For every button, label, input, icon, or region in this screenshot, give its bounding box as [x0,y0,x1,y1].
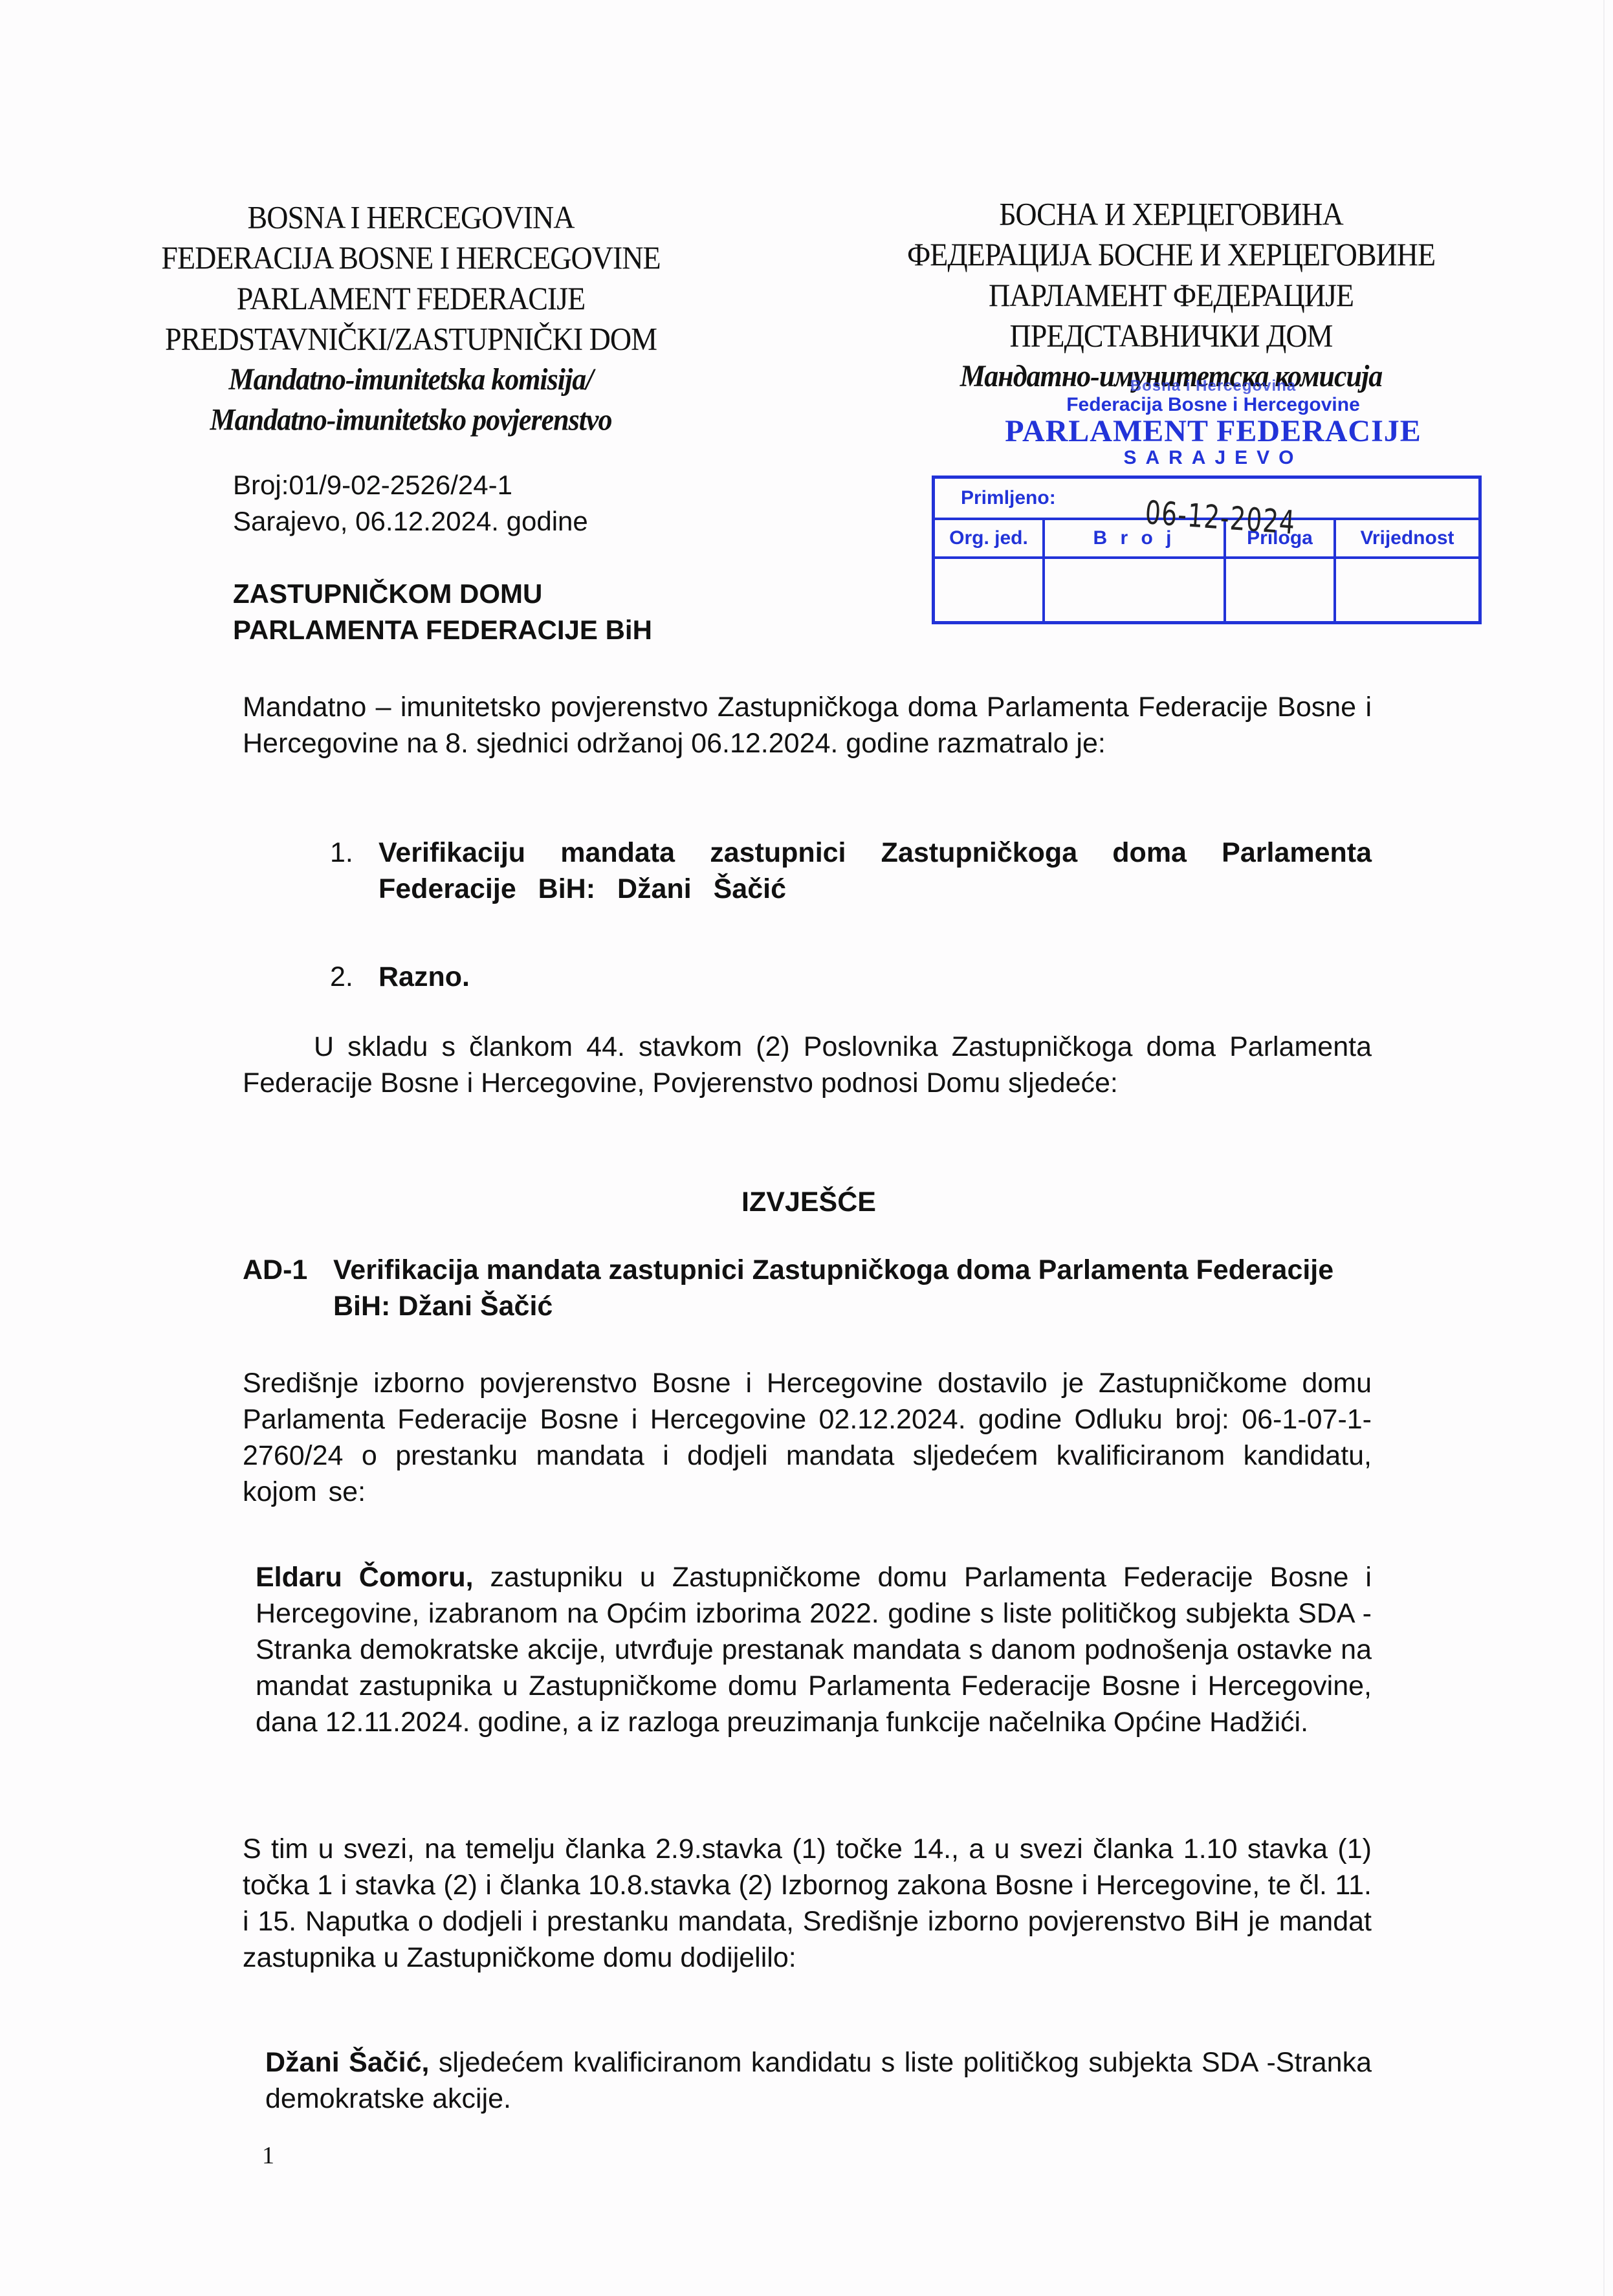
header-line: FEDERACIJA BOSNE I HERCEGOVINE [104,238,718,279]
stamp-header: Bosna i Hercegovina Federacija Bosne i H… [932,378,1495,468]
skladu-paragraph: U skladu s člankom 44. stavkom (2) Poslo… [243,1029,1372,1101]
eldaru-paragraph: Eldaru Čomoru, zastupniku u Zastupničkom… [256,1559,1372,1740]
ad1-heading: AD-1 Verifikacija mandata zastupnici Zas… [243,1252,1372,1324]
sredisnje-paragraph: Središnje izborno povjerenstvo Bosne i H… [243,1365,1372,1510]
stamp-col-org: Org. jed. [934,519,1044,558]
committee-name: Mandatno-imunitetsko povjerenstvo [104,400,718,441]
header-line: PREDSTAVNIČKI/ZASTUPNIČKI DOM [104,319,718,360]
agenda-text: Razno. [379,959,1372,995]
person-name: Džani Šačić, [265,2047,429,2078]
addressee-line: PARLAMENTA FEDERACIJE BiH [233,612,652,648]
committee-name: Mandatno-imunitetska komisija/ [104,360,718,400]
stamp-cell [934,558,1044,623]
page-number: 1 [262,2141,274,2170]
paragraph-text: sljedećem kvalificiranom kandidatu s lis… [265,2047,1372,2114]
document-number: Broj:01/9-02-2526/24-1 [233,467,588,503]
agenda-item: 1. Verifikaciju mandata zastupnici Zastu… [330,835,1372,907]
reference-block: Broj:01/9-02-2526/24-1 Sarajevo, 06.12.2… [233,467,588,540]
header-line: ПРЕДСТАВНИЧКИ ДОМ [835,316,1508,356]
dzani-paragraph: Džani Šačić, sljedećem kvalificiranom ka… [265,2044,1372,2117]
stamp-cell [1225,558,1335,623]
header-line: ФЕДЕРАЦИЈА БОСНЕ И ХЕРЦЕГОВИНЕ [835,235,1508,276]
header-line: BOSNA I HERCEGOVINA [104,197,718,238]
header-cyrillic: БОСНА И ХЕРЦЕГОВИНА ФЕДЕРАЦИЈА БОСНЕ И Х… [835,194,1508,397]
header-latin: BOSNA I HERCEGOVINA FEDERACIJA BOSNE I H… [104,197,718,441]
stamp-line: PARLAMENT FEDERACIJE [932,416,1495,447]
agenda-number: 1. [330,835,379,907]
addressee-line: ZASTUPNIČKOM DOMU [233,576,652,612]
place-date: Sarajevo, 06.12.2024. godine [233,503,588,540]
stamp-cell [1335,558,1480,623]
page-edge [1603,0,1605,2296]
agenda-text: Verifikaciju mandata zastupnici Zastupni… [379,835,1372,907]
header-line: ПАРЛАМЕНТ ФЕДЕРАЦИЈЕ [835,275,1508,316]
agenda-number: 2. [330,959,379,995]
ad1-title: Verifikacija mandata zastupnici Zastupni… [333,1252,1372,1324]
stim-paragraph: S tim u svezi, na temelju članka 2.9.sta… [243,1831,1372,1976]
person-name: Eldaru Čomoru, [256,1562,474,1593]
stamp-line: Federacija Bosne i Hercegovine [932,395,1495,415]
agenda-item: 2. Razno. [330,959,1372,995]
stamp-line: Bosna i Hercegovina [932,378,1495,394]
header-line: PARLAMENT FEDERACIJE [104,278,718,319]
report-title: IZVJEŠĆE [647,1184,971,1220]
header-line: БОСНА И ХЕРЦЕГОВИНА [835,194,1508,235]
stamp-line: SARAJEVO [932,448,1495,468]
intro-paragraph: Mandatno – imunitetsko povjerenstvo Zast… [243,689,1372,761]
ad1-label: AD-1 [243,1252,333,1324]
stamp-cell [1044,558,1225,623]
addressee: ZASTUPNIČKOM DOMU PARLAMENTA FEDERACIJE … [233,576,652,648]
stamp-col-vrijednost: Vrijednost [1335,519,1480,558]
received-stamp: Bosna i Hercegovina Federacija Bosne i H… [932,378,1495,624]
